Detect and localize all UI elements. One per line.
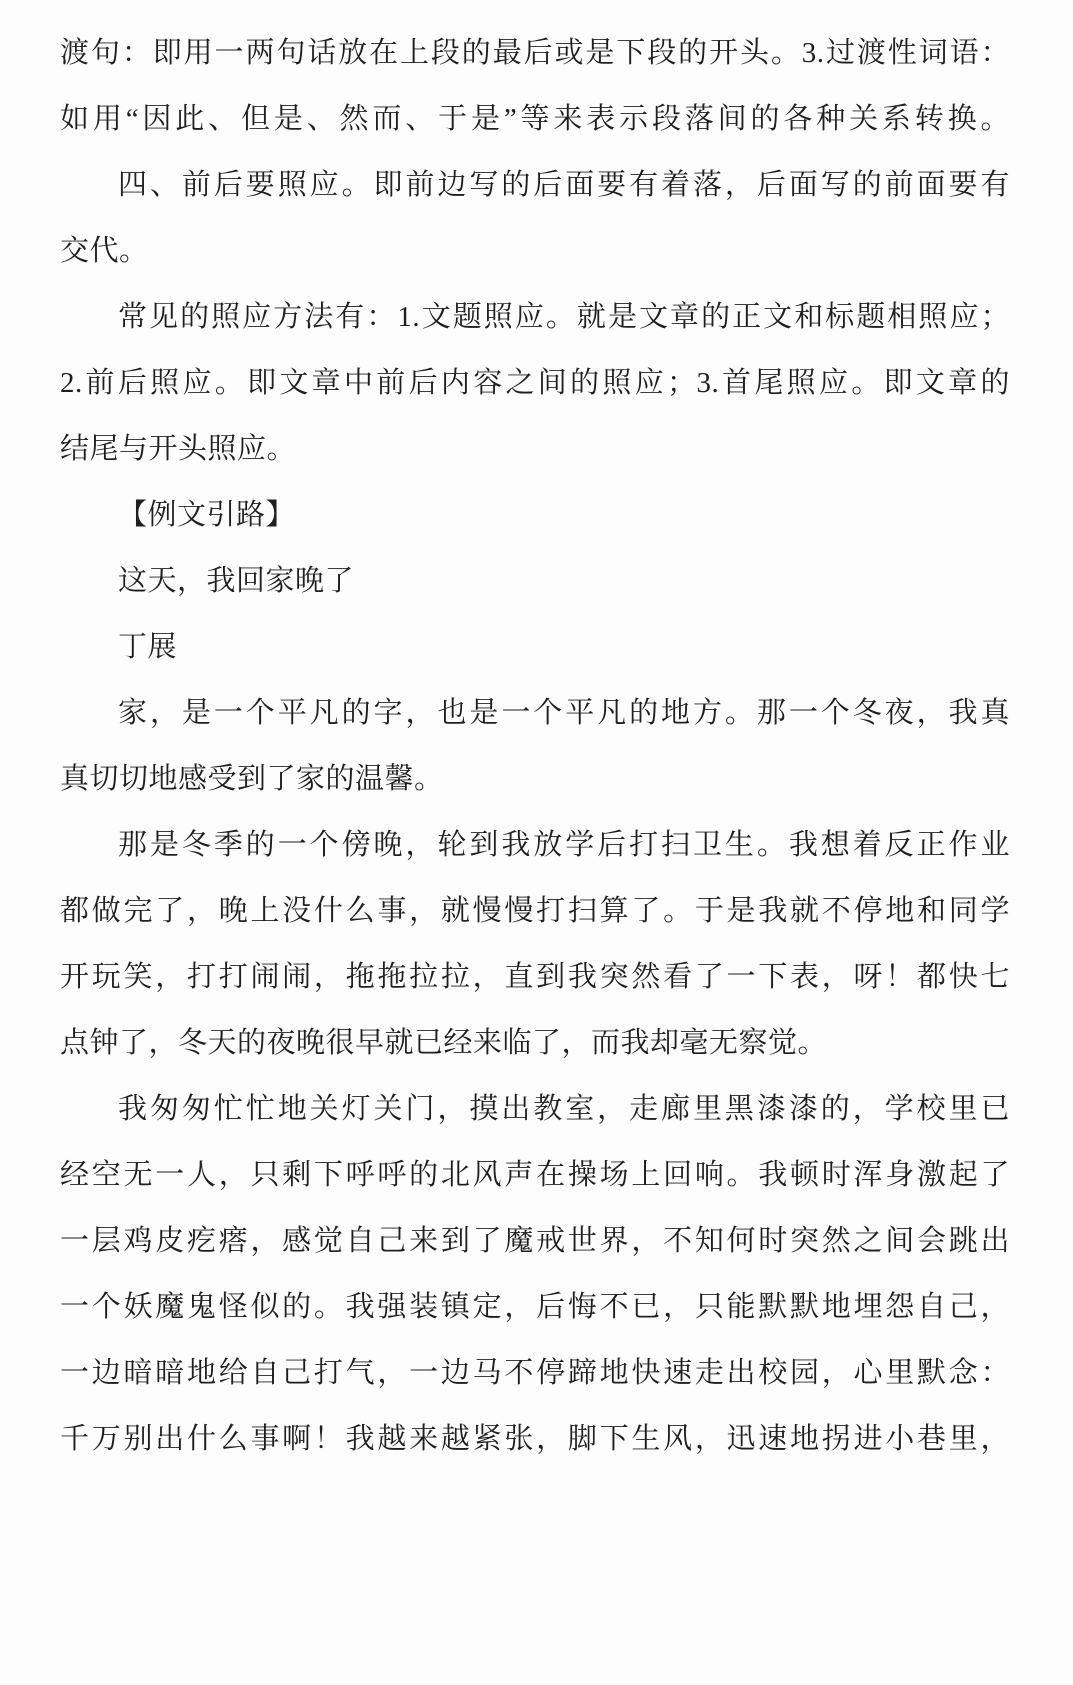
- text-line: 我匆匆忙忙地关灯关门，摸出教室，走廊里黑漆漆的，学校里已: [60, 1076, 1010, 1142]
- text-line: 家，是一个平凡的字，也是一个平凡的地方。那一个冬夜，我真: [60, 680, 1010, 746]
- text-line: 那是冬季的一个傍晚，轮到我放学后打扫卫生。我想着反正作业: [60, 812, 1010, 878]
- essay-author-line: 丁展: [60, 614, 1010, 680]
- text-line: 如用“因此、但是、然而、于是”等来表示段落间的各种关系转换。: [60, 86, 1010, 152]
- text-line: 千万别出什么事啊！我越来越紧张，脚下生风，迅速地拐进小巷里，: [60, 1406, 1010, 1472]
- essay-title-line: 这天，我回家晚了: [60, 548, 1010, 614]
- document-body: 渡句：即用一两句话放在上段的最后或是下段的开头。3.过渡性词语：如用“因此、但是…: [60, 20, 1010, 1472]
- text-line: 开玩笑，打打闹闹，拖拖拉拉，直到我突然看了一下表，呀！都快七: [60, 944, 1010, 1010]
- document-page: 渡句：即用一两句话放在上段的最后或是下段的开头。3.过渡性词语：如用“因此、但是…: [0, 0, 1073, 1685]
- text-line: 一层鸡皮疙瘩，感觉自己来到了魔戒世界，不知何时突然之间会跳出: [60, 1208, 1010, 1274]
- text-line: 四、前后要照应。即前边写的后面要有着落，后面写的前面要有: [60, 152, 1010, 218]
- text-line: 常见的照应方法有：1.文题照应。就是文章的正文和标题相照应；: [60, 284, 1010, 350]
- text-line: 都做完了，晚上没什么事，就慢慢打扫算了。于是我就不停地和同学: [60, 878, 1010, 944]
- text-line: 点钟了，冬天的夜晚很早就已经来临了，而我却毫无察觉。: [60, 1010, 1010, 1076]
- text-line: 结尾与开头照应。: [60, 416, 1010, 482]
- text-line: 2.前后照应。即文章中前后内容之间的照应；3.首尾照应。即文章的: [60, 350, 1010, 416]
- text-line: 真切切地感受到了家的温馨。: [60, 746, 1010, 812]
- text-line: 一边暗暗地给自己打气，一边马不停蹄地快速走出校园，心里默念：: [60, 1340, 1010, 1406]
- text-line: 一个妖魔鬼怪似的。我强装镇定，后悔不已，只能默默地埋怨自己，: [60, 1274, 1010, 1340]
- text-line: 经空无一人，只剩下呼呼的北风声在操场上回响。我顿时浑身激起了: [60, 1142, 1010, 1208]
- text-line: 渡句：即用一两句话放在上段的最后或是下段的开头。3.过渡性词语：: [60, 20, 1010, 86]
- text-line: 交代。: [60, 218, 1010, 284]
- section-header-line: 【例文引路】: [60, 482, 1010, 548]
